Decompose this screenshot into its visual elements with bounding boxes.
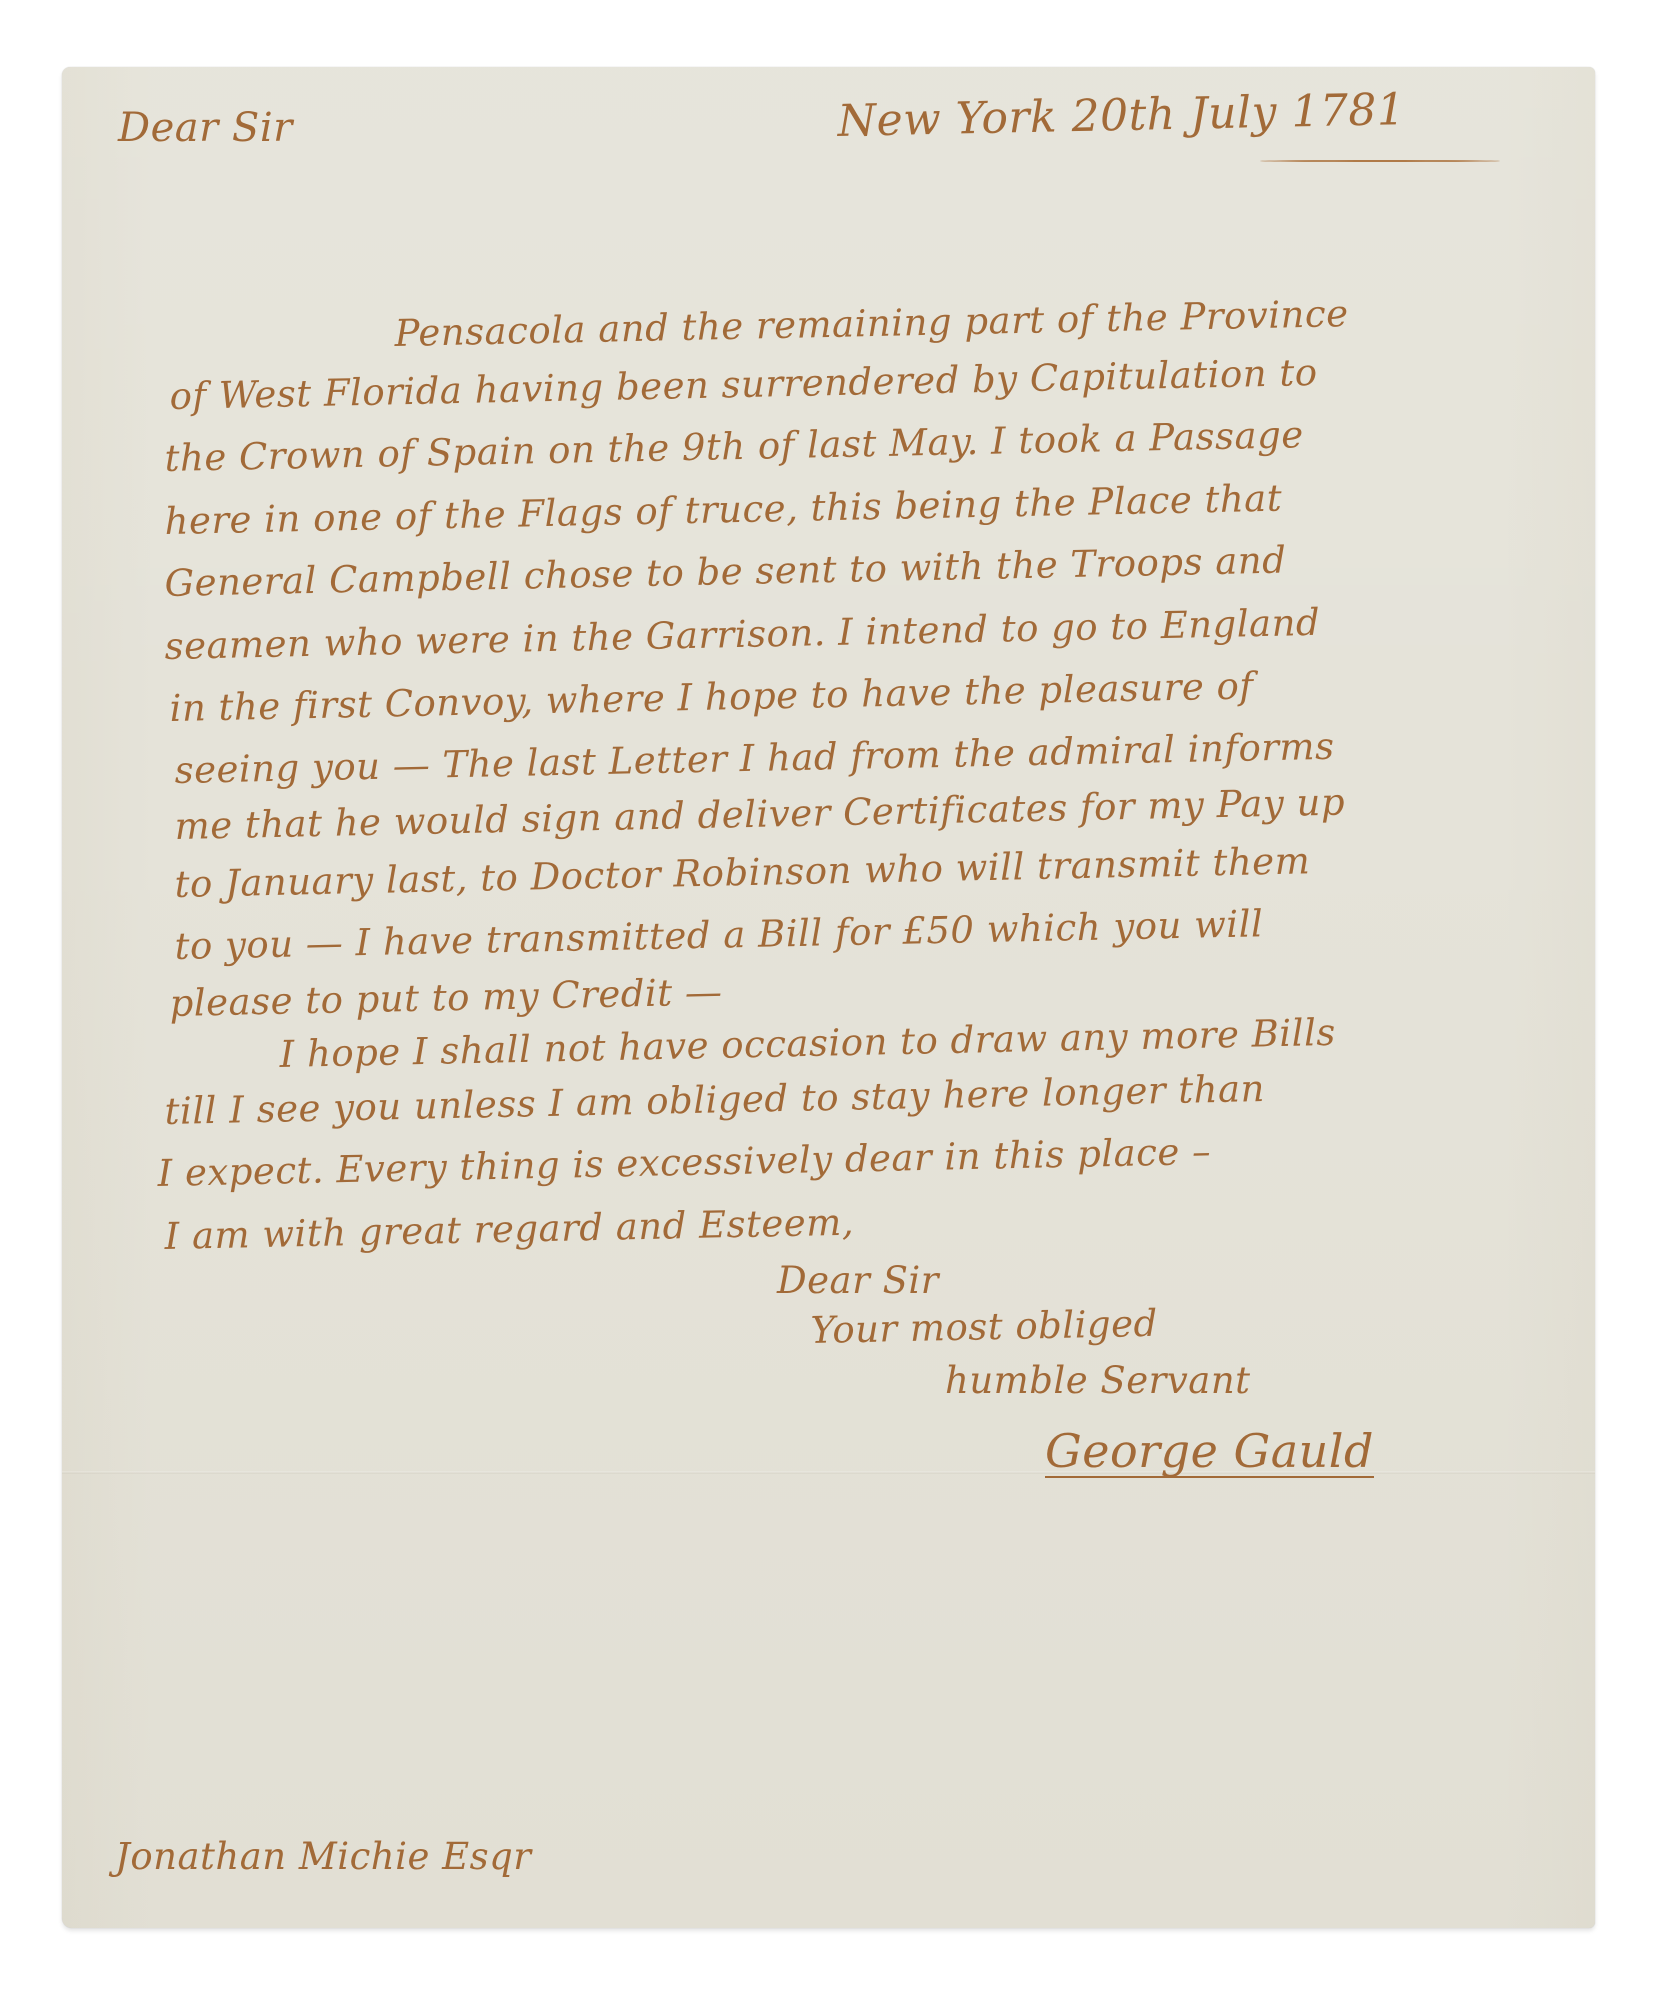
closing-line-1: Your most obliged [810, 1305, 1158, 1349]
body-line: please to put to my Credit — [169, 973, 723, 1022]
closing-line-2: humble Servant [945, 1362, 1251, 1399]
date-flourish [1260, 160, 1500, 162]
signature: George Gauld [1045, 1428, 1374, 1478]
salutation: Dear Sir [118, 108, 293, 148]
closing-salutation: Dear Sir [777, 1262, 939, 1299]
dateline: New York 20th July 1781 [837, 88, 1406, 144]
recipient-address: Jonathan Michie Esqr [115, 1838, 531, 1875]
